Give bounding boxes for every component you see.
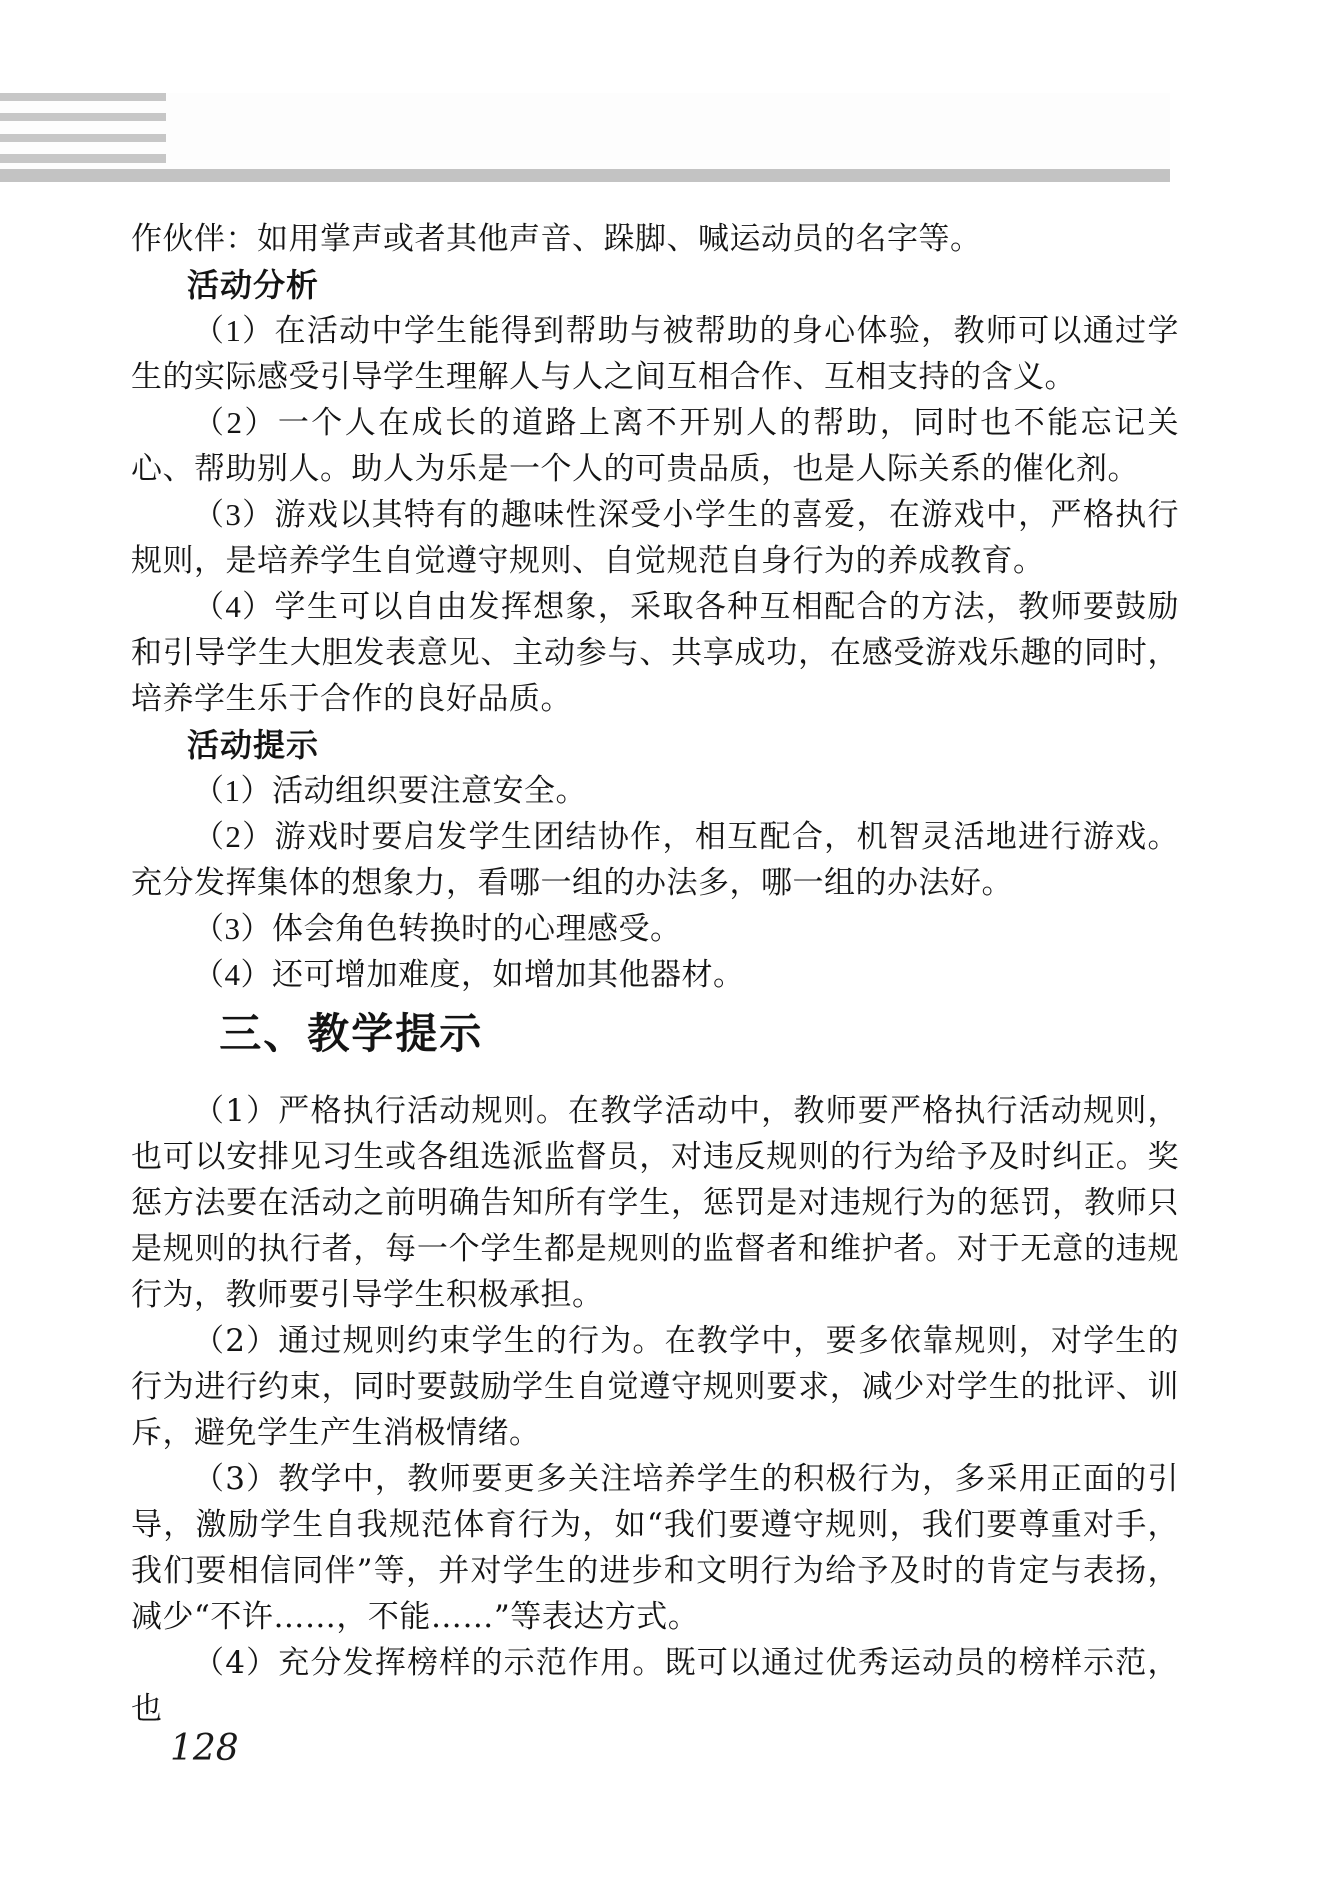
header-band [0,169,1170,182]
header-bar [0,154,166,163]
paragraph: （1）严格执行活动规则。在教学活动中，教师要严格执行活动规则，也可以安排见习生或… [131,1088,1179,1318]
subheading-activity-tips: 活动提示 [131,722,1179,768]
paragraph: （2）一个人在成长的道路上离不开别人的帮助，同时也不能忘记关心、帮助别人。助人为… [131,400,1179,492]
paragraph: （2）游戏时要启发学生团结协作，相互配合，机智灵活地进行游戏。充分发挥集体的想象… [131,814,1179,906]
paragraph: （3）体会角色转换时的心理感受。 [131,906,1179,952]
paragraph-continuation: 作伙伴：如用掌声或者其他声音、跺脚、喊运动员的名字等。 [131,216,1179,262]
paragraph: （1）活动组织要注意安全。 [131,768,1179,814]
header-bar [0,134,166,142]
page-number: 128 [170,1728,239,1769]
paragraph: （1）在活动中学生能得到帮助与被帮助的身心体验，教师可以通过学生的实际感受引导学… [131,308,1179,400]
paragraph: （4）还可增加难度，如增加其他器材。 [131,952,1179,998]
paragraph: （3）教学中，教师要更多关注培养学生的积极行为，多采用正面的引导，激励学生自我规… [131,1456,1179,1640]
paragraph: （3）游戏以其特有的趣味性深受小学生的喜爱，在游戏中，严格执行规则，是培养学生自… [131,492,1179,584]
paragraph: （4）学生可以自由发挥想象，采取各种互相配合的方法，教师要鼓励和引导学生大胆发表… [131,584,1179,722]
header-decoration [0,0,1331,190]
paragraph: （4）充分发挥榜样的示范作用。既可以通过优秀运动员的榜样示范，也 [131,1640,1179,1732]
header-bar [0,113,166,121]
header-bar [0,93,166,101]
section-heading-teaching-tips: 三、教学提示 [131,1004,1179,1066]
paragraph: （2）通过规则约束学生的行为。在教学中，要多依靠规则，对学生的行为进行约束，同时… [131,1318,1179,1456]
header-panel [0,93,1170,169]
subheading-activity-analysis: 活动分析 [131,262,1179,308]
page-content: 作伙伴：如用掌声或者其他声音、跺脚、喊运动员的名字等。 活动分析 （1）在活动中… [131,216,1179,1732]
